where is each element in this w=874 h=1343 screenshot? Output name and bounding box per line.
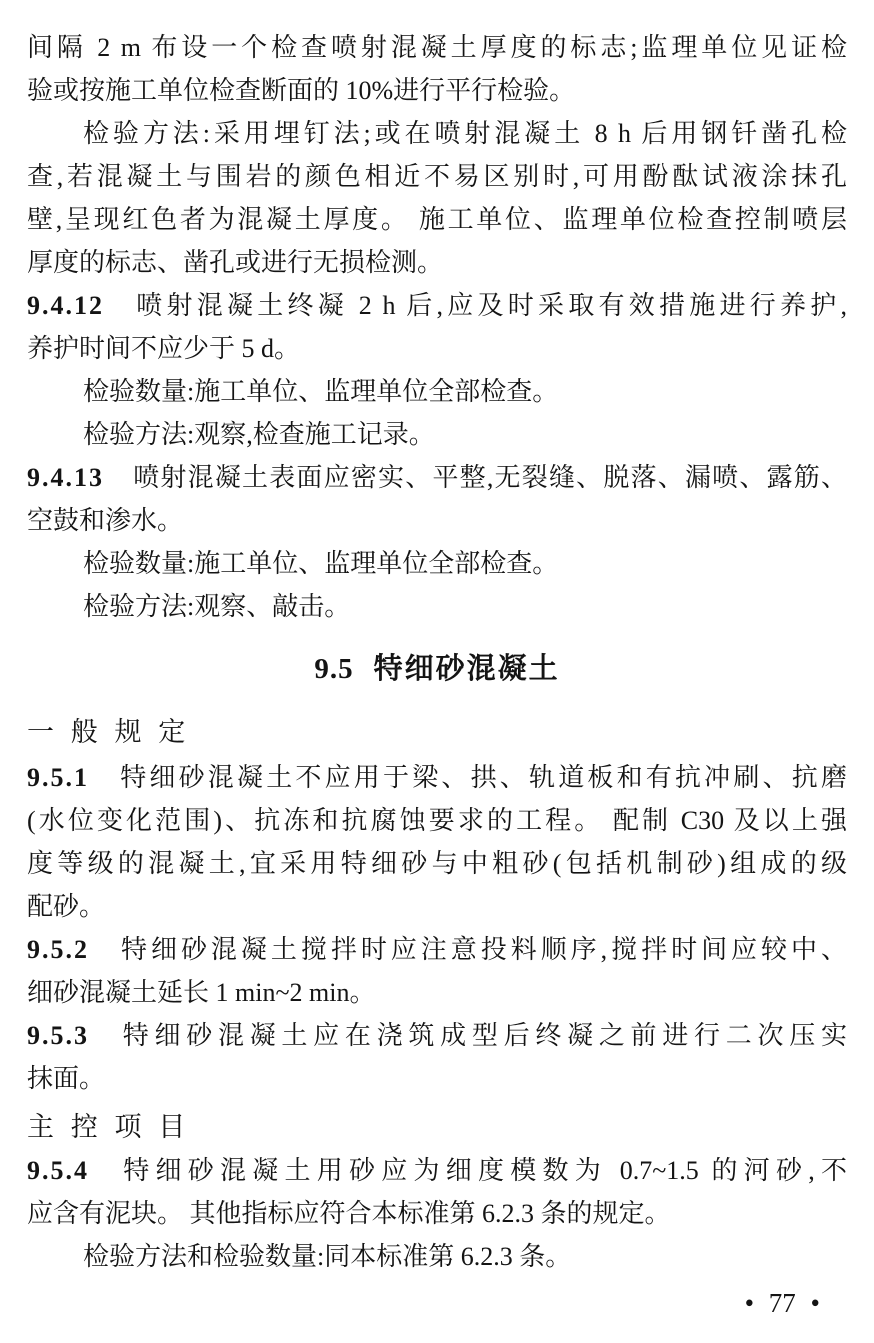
line-text: 喷射混凝土表面应密实、平整,无裂缝、脱落、漏喷、露筋、: [132, 463, 847, 492]
clause-line: 9.5.1特细砂混凝土不应用于梁、拱、轨道板和有抗冲刷、抗磨: [27, 756, 847, 799]
line-text: 特细砂混凝土不应用于梁、拱、轨道板和有抗冲刷、抗磨: [117, 763, 847, 792]
clause-number: 9.5.2: [27, 935, 89, 964]
line-text: 检验方法和检验数量:同本标准第 6.2.3 条。: [83, 1242, 571, 1271]
text-line: 应含有泥块。 其他指标应符合本标准第 6.2.3 条的规定。: [27, 1192, 847, 1235]
clause-number: 9.5: [314, 653, 353, 685]
line-text: 应含有泥块。 其他指标应符合本标准第 6.2.3 条的规定。: [27, 1199, 671, 1228]
text-line: 厚度的标志、凿孔或进行无损检测。: [27, 241, 847, 284]
line-text: 养护时间不应少于 5 d。: [27, 334, 300, 363]
text-line: 检验方法:采用埋钉法;或在喷射混凝土 8 h 后用钢钎凿孔检: [27, 112, 847, 155]
line-text: 主 控 项 目: [27, 1112, 190, 1142]
clause-line: 9.5.2特细砂混凝土搅拌时应注意投料顺序,搅拌时间应较中、: [27, 928, 847, 971]
page-number: • 77 •: [745, 1288, 820, 1319]
subheading: 一 般 规 定: [27, 711, 847, 754]
line-text: 抹面。: [27, 1064, 105, 1093]
text-line: 壁,呈现红色者为混凝土厚度。 施工单位、监理单位检查控制喷层: [27, 198, 847, 241]
text-line: (水位变化范围)、抗冻和抗腐蚀要求的工程。 配制 C30 及以上强: [27, 799, 847, 842]
line-text: 查,若混凝土与围岩的颜色相近不易区别时,可用酚酞试液涂抹孔: [27, 162, 847, 191]
subheading: 主 控 项 目: [27, 1106, 847, 1149]
text-line: 度等级的混凝土,宜采用特细砂与中粗砂(包括机制砂)组成的级: [27, 842, 847, 885]
line-text: (水位变化范围)、抗冻和抗腐蚀要求的工程。 配制 C30 及以上强: [27, 806, 847, 835]
line-text: 检验数量:施工单位、监理单位全部检查。: [83, 549, 558, 578]
text-line: 抹面。: [27, 1057, 847, 1100]
clause-line: 9.5.3特细砂混凝土应在浇筑成型后终凝之前进行二次压实: [27, 1014, 847, 1057]
line-text: 特细砂混凝土搅拌时应注意投料顺序,搅拌时间应较中、: [117, 935, 847, 964]
text-line: 验或按施工单位检查断面的 10%进行平行检验。: [27, 69, 847, 112]
text-line: 检验方法:观察,检查施工记录。: [27, 413, 847, 456]
text-line: 空鼓和渗水。: [27, 499, 847, 542]
clause-line: 9.4.13喷射混凝土表面应密实、平整,无裂缝、脱落、漏喷、露筋、: [27, 456, 847, 499]
clause-number: 9.5.1: [27, 763, 89, 792]
clause-number: 9.4.13: [27, 463, 104, 492]
text-line: 配砂。: [27, 885, 847, 928]
document-body: 间隔 2 m 布设一个检查喷射混凝土厚度的标志;监理单位见证检验或按施工单位检查…: [0, 0, 874, 1278]
line-text: 喷射混凝土终凝 2 h 后,应及时采取有效措施进行养护,: [132, 291, 847, 320]
clause-line: 9.4.12喷射混凝土终凝 2 h 后,应及时采取有效措施进行养护,: [27, 284, 847, 327]
line-text: 特细砂混凝土用砂应为细度模数为 0.7~1.5 的河砂,不: [117, 1156, 847, 1185]
line-text: 检验数量:施工单位、监理单位全部检查。: [83, 377, 558, 406]
line-text: 检验方法:观察,检查施工记录。: [83, 420, 435, 449]
line-text: 检验方法:采用埋钉法;或在喷射混凝土 8 h 后用钢钎凿孔检: [83, 119, 847, 148]
text-line: 养护时间不应少于 5 d。: [27, 327, 847, 370]
text-line: 间隔 2 m 布设一个检查喷射混凝土厚度的标志;监理单位见证检: [27, 26, 847, 69]
line-text: 特细砂混凝土应在浇筑成型后终凝之前进行二次压实: [117, 1021, 847, 1050]
line-text: 一 般 规 定: [27, 717, 190, 747]
section-heading: 9.5特细砂混凝土: [27, 648, 847, 691]
clause-number: 9.5.4: [27, 1156, 89, 1185]
line-text: 空鼓和渗水。: [27, 506, 183, 535]
clause-line: 9.5.4特细砂混凝土用砂应为细度模数为 0.7~1.5 的河砂,不: [27, 1149, 847, 1192]
line-text: 检验方法:观察、敲击。: [83, 592, 350, 621]
document-page: 间隔 2 m 布设一个检查喷射混凝土厚度的标志;监理单位见证检验或按施工单位检查…: [0, 0, 874, 1343]
clause-number: 9.4.12: [27, 291, 104, 320]
text-line: 检验数量:施工单位、监理单位全部检查。: [27, 370, 847, 413]
line-text: 间隔 2 m 布设一个检查喷射混凝土厚度的标志;监理单位见证检: [27, 33, 847, 62]
text-line: 细砂混凝土延长 1 min~2 min。: [27, 971, 847, 1014]
line-text: 壁,呈现红色者为混凝土厚度。 施工单位、监理单位检查控制喷层: [27, 205, 847, 234]
line-text: 特细砂混凝土: [374, 653, 560, 685]
line-text: 验或按施工单位检查断面的 10%进行平行检验。: [27, 76, 575, 105]
text-line: 检验数量:施工单位、监理单位全部检查。: [27, 542, 847, 585]
text-line: 检验方法和检验数量:同本标准第 6.2.3 条。: [27, 1235, 847, 1278]
text-line: 查,若混凝土与围岩的颜色相近不易区别时,可用酚酞试液涂抹孔: [27, 155, 847, 198]
line-text: 度等级的混凝土,宜采用特细砂与中粗砂(包括机制砂)组成的级: [27, 849, 847, 878]
line-text: 厚度的标志、凿孔或进行无损检测。: [27, 248, 443, 277]
text-line: 检验方法:观察、敲击。: [27, 585, 847, 628]
clause-number: 9.5.3: [27, 1021, 89, 1050]
line-text: 细砂混凝土延长 1 min~2 min。: [27, 978, 375, 1007]
line-text: 配砂。: [27, 892, 105, 921]
